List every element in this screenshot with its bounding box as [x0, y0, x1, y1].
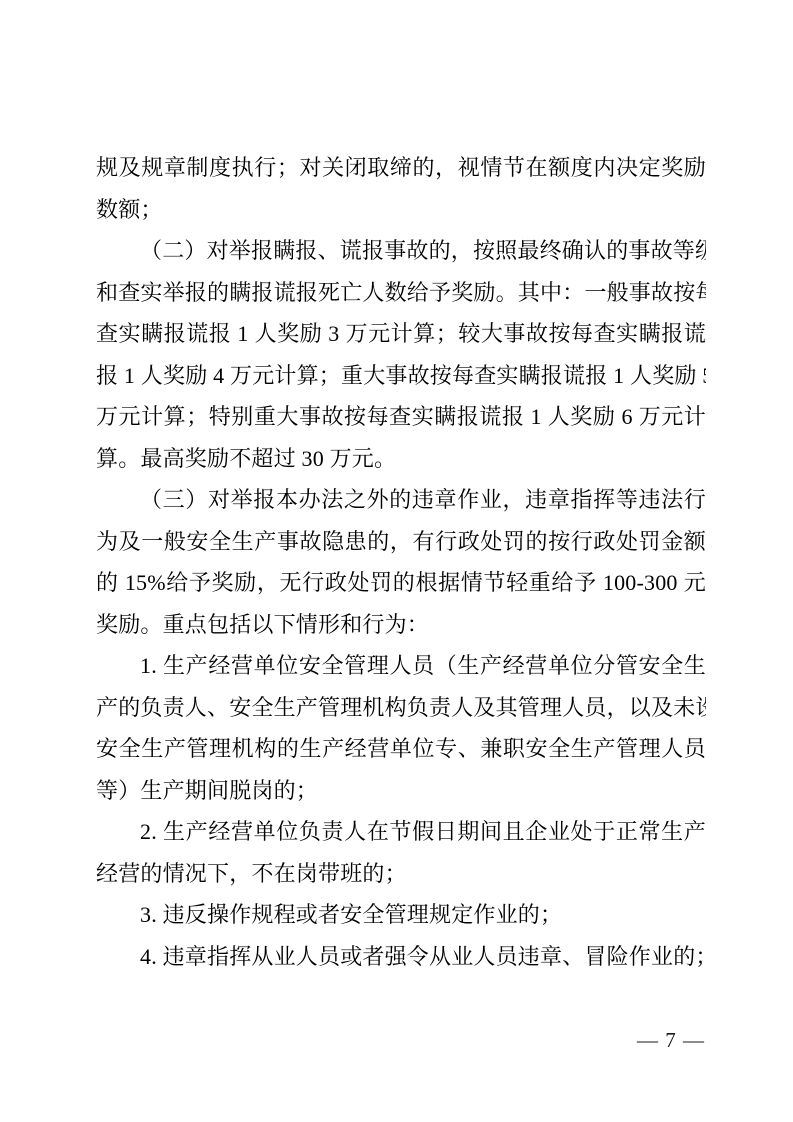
document-body-text: 规及规章制度执行；对关闭取缔的，视情节在额度内决定奖励数额；（二）对举报瞒报、谎… [96, 147, 706, 977]
text-line: 经营的情况下，不在岗带班的； [96, 853, 706, 895]
text-line: 报 1 人奖励 4 万元计算；重大事故按每查实瞒报谎报 1 人奖励 5 [96, 355, 706, 397]
text-line: 规及规章制度执行；对关闭取缔的，视情节在额度内决定奖励 [96, 147, 706, 189]
text-line: 等）生产期间脱岗的； [96, 770, 706, 812]
text-line: 的 15%给予奖励，无行政处罚的根据情节轻重给予 100-300 元 [96, 562, 706, 604]
text-line: 3. 违反操作规程或者安全管理规定作业的； [96, 894, 706, 936]
text-line: （三）对举报本办法之外的违章作业，违章指挥等违法行 [96, 479, 706, 521]
text-line: 万元计算；特别重大事故按每查实瞒报谎报 1 人奖励 6 万元计 [96, 396, 706, 438]
document-page: 规及规章制度执行；对关闭取缔的，视情节在额度内决定奖励数额；（二）对举报瞒报、谎… [0, 0, 793, 1122]
text-line: （二）对举报瞒报、谎报事故的，按照最终确认的事故等级 [96, 230, 706, 272]
text-line: 4. 违章指挥从业人员或者强令从业人员违章、冒险作业的； [96, 936, 706, 978]
text-line: 2. 生产经营单位负责人在节假日期间且企业处于正常生产 [96, 811, 706, 853]
text-line: 算。最高奖励不超过 30 万元。 [96, 438, 706, 480]
text-line: 和查实举报的瞒报谎报死亡人数给予奖励。其中：一般事故按每 [96, 272, 706, 314]
text-line: 数额； [96, 189, 706, 231]
text-line: 1. 生产经营单位安全管理人员（生产经营单位分管安全生 [96, 645, 706, 687]
text-line: 奖励。重点包括以下情形和行为： [96, 604, 706, 646]
text-line: 为及一般安全生产事故隐患的，有行政处罚的按行政处罚金额 [96, 521, 706, 563]
text-line: 产的负责人、安全生产管理机构负责人及其管理人员，以及未设 [96, 687, 706, 729]
text-line: 查实瞒报谎报 1 人奖励 3 万元计算；较大事故按每查实瞒报谎 [96, 313, 706, 355]
text-line: 安全生产管理机构的生产经营单位专、兼职安全生产管理人员 [96, 728, 706, 770]
page-number: — 7 — [637, 1027, 705, 1053]
